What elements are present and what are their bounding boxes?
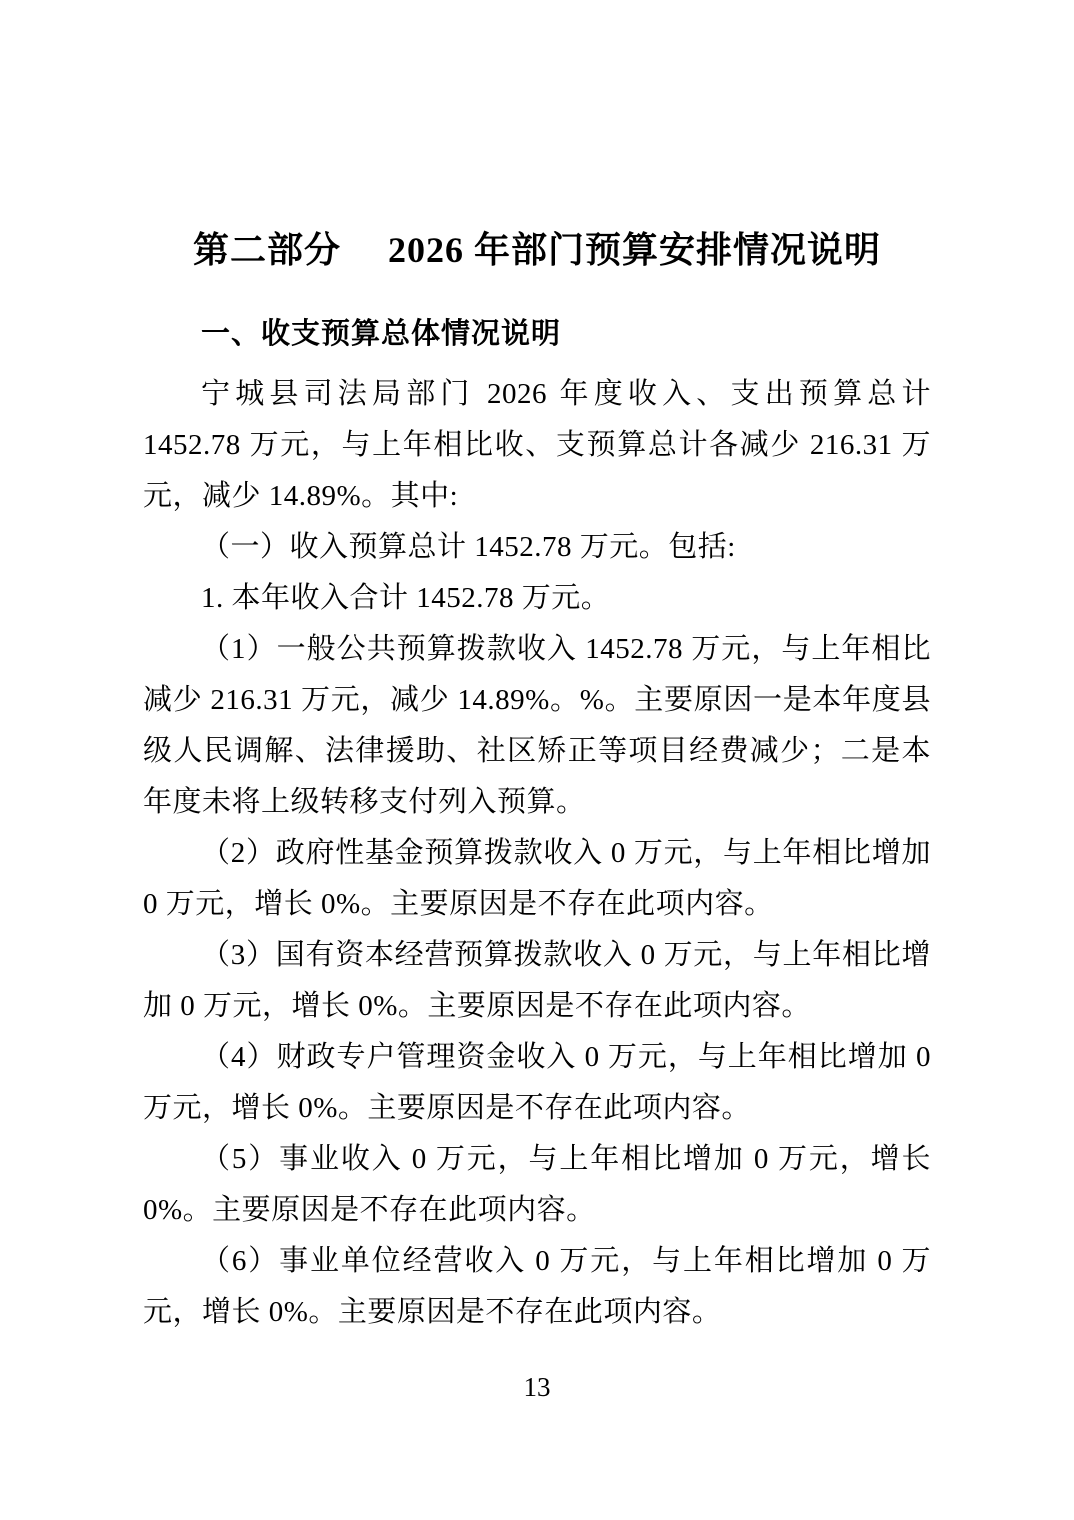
body-paragraph: （5）事业收入 0 万元，与上年相比增加 0 万元，增长 0%。主要原因是不存在… (143, 1134, 931, 1236)
body-paragraph: （4）财政专户管理资金收入 0 万元，与上年相比增加 0 万元，增长 0%。主要… (143, 1032, 931, 1134)
document-body: 宁城县司法局部门 2026 年度收入、支出预算总计 1452.78 万元，与上年… (143, 369, 931, 1338)
document-title: 第二部分 2026 年部门预算安排情况说明 (143, 227, 931, 273)
body-paragraph: 宁城县司法局部门 2026 年度收入、支出预算总计 1452.78 万元，与上年… (143, 369, 931, 522)
body-paragraph: （一）收入预算总计 1452.78 万元。包括: (143, 522, 931, 573)
document-page: 第二部分 2026 年部门预算安排情况说明 一、收支预算总体情况说明 宁城县司法… (0, 0, 1074, 1520)
body-paragraph: （3）国有资本经营预算拨款收入 0 万元，与上年相比增加 0 万元，增长 0%。… (143, 930, 931, 1032)
body-paragraph: （2）政府性基金预算拨款收入 0 万元，与上年相比增加 0 万元，增长 0%。主… (143, 828, 931, 930)
body-paragraph: （1）一般公共预算拨款收入 1452.78 万元，与上年相比减少 216.31 … (143, 624, 931, 828)
section-heading: 一、收支预算总体情况说明 (143, 317, 931, 351)
body-paragraph: 1. 本年收入合计 1452.78 万元。 (143, 573, 931, 624)
document-content: 第二部分 2026 年部门预算安排情况说明 一、收支预算总体情况说明 宁城县司法… (143, 0, 931, 1338)
page-number: 13 (0, 1372, 1074, 1402)
body-paragraph: （6）事业单位经营收入 0 万元，与上年相比增加 0 万元，增长 0%。主要原因… (143, 1236, 931, 1338)
